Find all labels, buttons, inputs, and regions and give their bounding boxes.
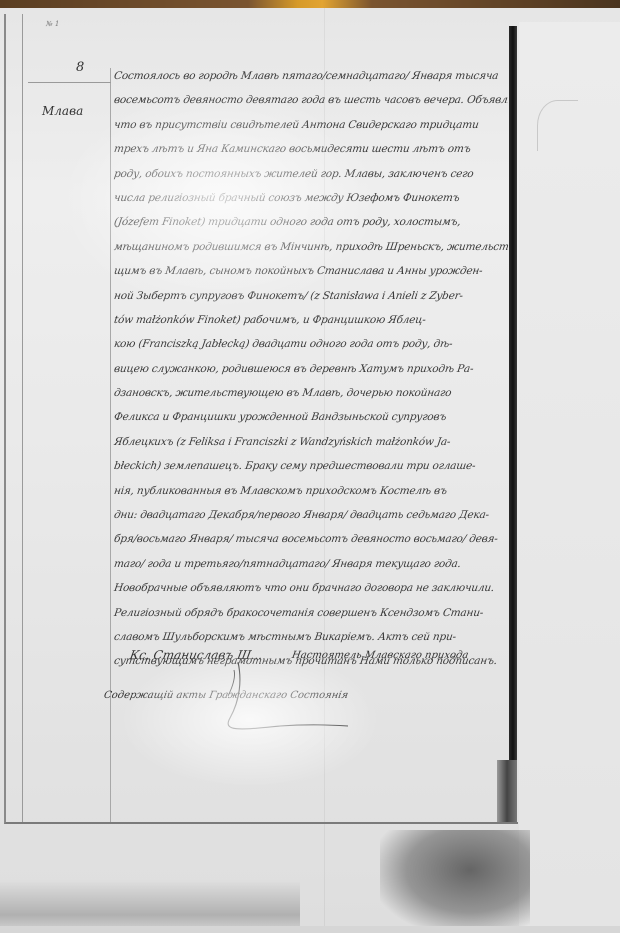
binding-bar bbox=[509, 26, 517, 822]
text-line: бря/восьмаго Января/ тысяча восемьсотъ д… bbox=[112, 527, 509, 551]
text-line: трехъ лѣтъ и Яна Каминскаго восьмидесяти… bbox=[112, 137, 509, 161]
text-line: таго/ года и третьяго/пятнадцатаго/ Янва… bbox=[112, 552, 509, 576]
text-line: tów małżonków Finoket) рабочимъ, и Франц… bbox=[112, 308, 509, 332]
text-line: числа религіозный брачный союзъ между Юз… bbox=[112, 186, 509, 210]
text-line: błeckich) землепашецъ. Браку сему предше… bbox=[112, 454, 509, 478]
record-body: Состоялось во городѣ Млавѣ пятаго/семнад… bbox=[114, 64, 508, 674]
text-line: щимъ въ Млавѣ, сыномъ покойныхъ Станисла… bbox=[112, 259, 509, 283]
facing-page bbox=[519, 22, 620, 933]
text-line: роду, обоихъ постоянныхъ жителей гор. Мл… bbox=[112, 162, 509, 186]
column-rule bbox=[110, 68, 111, 822]
text-line: вицею служанкою, родившеюся въ деревнѣ Х… bbox=[112, 357, 509, 381]
text-line: кою (Franciszką Jabłecką) двадцати одног… bbox=[112, 332, 509, 356]
text-line: ной Зыбертъ супруговъ Финокетъ/ (z Stani… bbox=[112, 284, 509, 308]
text-line: мѣщаниномъ родившимся въ Мінчинѣ, приход… bbox=[112, 235, 509, 259]
text-line: нія, публикованныя въ Млавскомъ приходск… bbox=[112, 479, 509, 503]
text-line: Феликса и Францишки урожденной Вандзыньс… bbox=[112, 405, 509, 429]
margin-rule bbox=[22, 14, 23, 822]
corner-mark: № 1 bbox=[46, 20, 59, 28]
text-line: (Józefem Finoket) тридцати одного года о… bbox=[112, 210, 509, 234]
signature-flourish-icon bbox=[220, 660, 350, 740]
page-bottom-edge bbox=[0, 926, 620, 933]
text-line: дзановскъ, жительствующею въ Млавѣ, доче… bbox=[112, 381, 509, 405]
binding-bar-lower bbox=[497, 760, 517, 822]
header-rule bbox=[28, 82, 111, 83]
text-line: что въ присутствіи свидѣтелей Антона Сви… bbox=[112, 113, 509, 137]
text-line: Религіозный обрядъ бракосочетанія соверш… bbox=[112, 601, 509, 625]
text-line: Состоялось во городѣ Млавѣ пятаго/семнад… bbox=[112, 64, 509, 88]
text-line: Яблецкихъ (z Feliksa i Franciszki z Wand… bbox=[112, 430, 509, 454]
photocopy-shadow bbox=[380, 830, 530, 930]
place-name: Млава bbox=[42, 104, 83, 118]
entry-number: 8 bbox=[76, 60, 84, 75]
text-line: славомъ Шульборскимъ мѣстнымъ Викаріемъ.… bbox=[112, 625, 509, 649]
text-line: восемьсотъ девяносто девятаго года въ ше… bbox=[112, 88, 509, 112]
text-line: Новобрачные объявляютъ что они брачнаго … bbox=[112, 576, 509, 600]
text-line: дни: двадцатаго Декабря/первого Января/ … bbox=[112, 503, 509, 527]
photocopy-shadow bbox=[0, 880, 300, 930]
page-curl-mark bbox=[537, 100, 578, 151]
